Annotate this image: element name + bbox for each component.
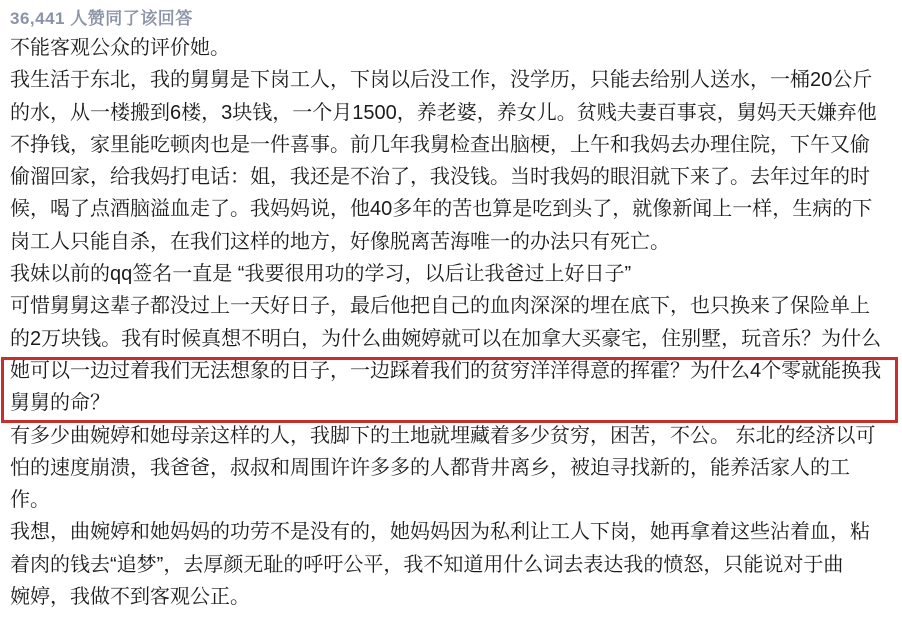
answer-line: 作。 [10,484,900,516]
answer-line: 有多少曲婉婷和她母亲这样的人，我脚下的土地就埋藏着多少贫穷，困苦，不公。 东北的… [10,420,900,452]
answer-line: 的2万块钱。我有时候真想不明白，为什么曲婉婷就可以在加拿大买豪宅，住别墅，玩音乐… [10,323,900,355]
answer-line: 偷溜回家，给我妈打电话：姐，我还是不治了，我没钱。当时我妈的眼泪就下来了。去年过… [10,161,900,193]
answer-line: 着肉的钱去“追梦”，去厚颜无耻的呼吁公平，我不知道用什么词去表达我的愤怒，只能说… [10,549,900,581]
answer-line: 岗工人只能自杀，在我们这样的地方，好像脱离苦海唯一的办法只有死亡。 [10,226,900,258]
answer-line: 可惜舅舅这辈子都没过上一天好日子，最后他把自己的血肉深深的埋在底下，也只换来了保… [10,290,900,322]
answer-line: 候，喝了点酒脑溢血走了。我妈妈说，他40多年的苦也算是吃到头了，就像新闻上一样，… [10,193,900,225]
answer-line: 不能客观公众的评价她。 [10,32,900,64]
answer-line: 怕的速度崩溃，我爸爸，叔叔和周围许许多多的人都背井离乡，被迫寻找新的，能养活家人… [10,452,900,484]
answer-line: 我想，曲婉婷和她妈妈的功劳不是没有的，她妈妈因为私利让工人下岗，她再拿着这些沾着… [10,516,900,548]
answer-line: 的水，从一楼搬到6楼，3块钱，一个月1500，养老婆，养女儿。贫贱夫妻百事哀，舅… [10,97,900,129]
vote-count-header: 36,441 人赞同了该回答 [10,4,193,29]
answer-line: 我生活于东北，我的舅舅是下岗工人，下岗以后没工作，没学历，只能去给别人送水，一桶… [10,64,900,96]
answer-line-highlighted: 她可以一边过着我们无法想象的日子，一边踩着我们的贫穷洋洋得意的挥霍？为什么4个零… [10,355,900,387]
answer-line: 不挣钱，家里能吃顿肉也是一件喜事。前几年我舅检查出脑梗，上午和我妈去办理住院，下… [10,129,900,161]
answer-line-highlighted: 舅舅的命？ [10,387,900,419]
answer-line: 我妹以前的qq签名一直是 “我要很用功的学习，以后让我爸过上好日子” [10,258,900,290]
answer-line: 婉婷，我做不到客观公正。 [10,581,900,613]
answer-body: 不能客观公众的评价她。 我生活于东北，我的舅舅是下岗工人，下岗以后没工作，没学历… [10,32,900,613]
